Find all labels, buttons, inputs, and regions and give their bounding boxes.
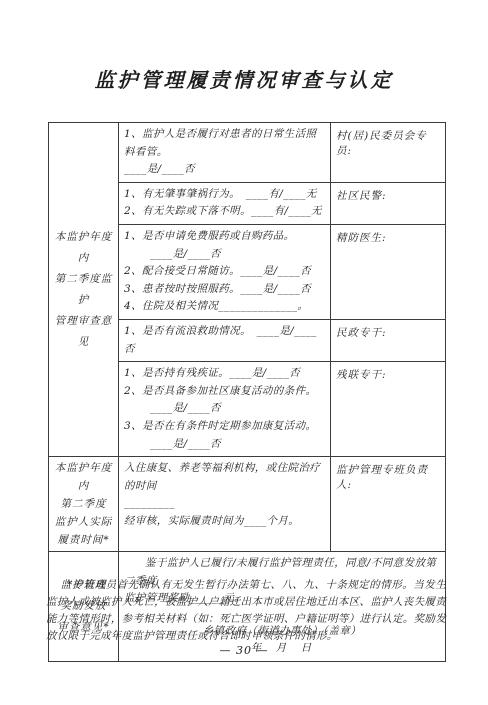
review-content-disabled-federation: 1、是否持有残疾证。____是/____否 2、是否具备参加社区康复活动的条件。… — [119, 362, 331, 457]
form-line: 经审核，实际履责时间为____个月。 — [124, 513, 325, 531]
header-line: 第二季度 — [50, 495, 117, 513]
form-line: 4、住院及相关情况______________。 — [124, 298, 325, 316]
header-line: 第二季度监护 — [50, 269, 117, 311]
review-content-psychiatrist: 1、是否申请免费服药或自购药品。 ____是/____否 2、配合接受日常随访。… — [119, 224, 331, 319]
table-row: 本监护年度内 第二季度监护 管理审查意见 1、监护人是否履行对患者的日常生活照料… — [49, 123, 446, 183]
official-village-committee: 村(居)民委员会专员: — [331, 123, 446, 183]
page-number: — 30 — — [0, 644, 488, 657]
official-disabled-federation: 残联专干: — [331, 362, 446, 457]
official-psychiatrist: 精防医生: — [331, 224, 446, 319]
form-line: ____是/____否 — [124, 436, 325, 454]
review-content-daily-care: 1、监护人是否履行对患者的日常生活照料看管。 ____是/____否 — [119, 123, 331, 183]
footnote: *专班成员首先确认有无发生暂行办法第七、八、九、十条规定的情形。当发生监护人或被… — [46, 577, 446, 645]
form-line: _________ — [124, 495, 325, 513]
official-label: 精防医生: — [336, 232, 387, 244]
form-line: ____是/____否 — [124, 246, 325, 264]
form-line: 入住康复、养老等福利机构，或住院治疗的时间 — [124, 460, 325, 495]
form-line: 1、有无肇事肇祸行为。 ____有/____无 — [124, 186, 325, 204]
header-line: 本监护年度内 — [50, 459, 117, 495]
review-content-civil-affairs: 1、是否有流浪救助情况。 ____是/____否 — [119, 319, 331, 361]
official-label: 监护管理专班负责人: — [336, 464, 428, 491]
form-line: 3、是否在有条件时定期参加康复活动。 — [124, 418, 325, 436]
official-civil-affairs: 民政专干: — [331, 319, 446, 361]
form-line: 2、是否具备参加社区康复活动的条件。 — [124, 383, 325, 401]
official-community-police: 社区民警: — [331, 182, 446, 224]
form-line: 3、患者按时按照服药。____是/____否 — [124, 281, 325, 299]
form-line: ____是/____否 — [124, 161, 325, 179]
official-team-leader: 监护管理专班负责人: — [331, 457, 446, 552]
form-line: 1、监护人是否履行对患者的日常生活照料看管。 — [124, 126, 325, 161]
header-line: 本监护年度内 — [50, 227, 117, 269]
header-line: 履责时间* — [50, 531, 117, 549]
form-line: 1、是否有流浪救助情况。 ____是/____否 — [124, 323, 325, 358]
official-label: 村(居)民委员会专员: — [336, 130, 427, 157]
header-line: 管理审查意见 — [50, 311, 117, 353]
official-label: 残联专干: — [336, 369, 387, 381]
form-line: ____是/____否 — [124, 400, 325, 418]
official-label: 民政专干: — [336, 327, 387, 339]
form-line: 2、配合接受日常随访。____是/____否 — [124, 263, 325, 281]
section-header-duty-time: 本监护年度内 第二季度 监护人实际 履责时间* — [49, 457, 119, 552]
form-line: 1、是否持有残疾证。____是/____否 — [124, 365, 325, 383]
form-line: 2、有无失踪或下落不明。____有/____无 — [124, 203, 325, 221]
page-title: 监护管理履责情况审查与认定 — [0, 64, 488, 93]
section-header-review: 本监护年度内 第二季度监护 管理审查意见 — [49, 123, 119, 457]
review-content-police: 1、有无肇事肇祸行为。 ____有/____无 2、有无失踪或下落不明。____… — [119, 182, 331, 224]
form-line: 1、是否申请免费服药或自购药品。 — [124, 228, 325, 246]
document-page: 监护管理履责情况审查与认定 本监护年度内 第二季度监护 管理审查意见 1、监护人… — [0, 0, 488, 705]
official-label: 社区民警: — [336, 190, 387, 202]
duty-time-content: 入住康复、养老等福利机构，或住院治疗的时间 _________ 经审核，实际履责… — [119, 457, 331, 552]
header-line: 监护人实际 — [50, 513, 117, 531]
table-row: 本监护年度内 第二季度 监护人实际 履责时间* 入住康复、养老等福利机构，或住院… — [49, 457, 446, 552]
